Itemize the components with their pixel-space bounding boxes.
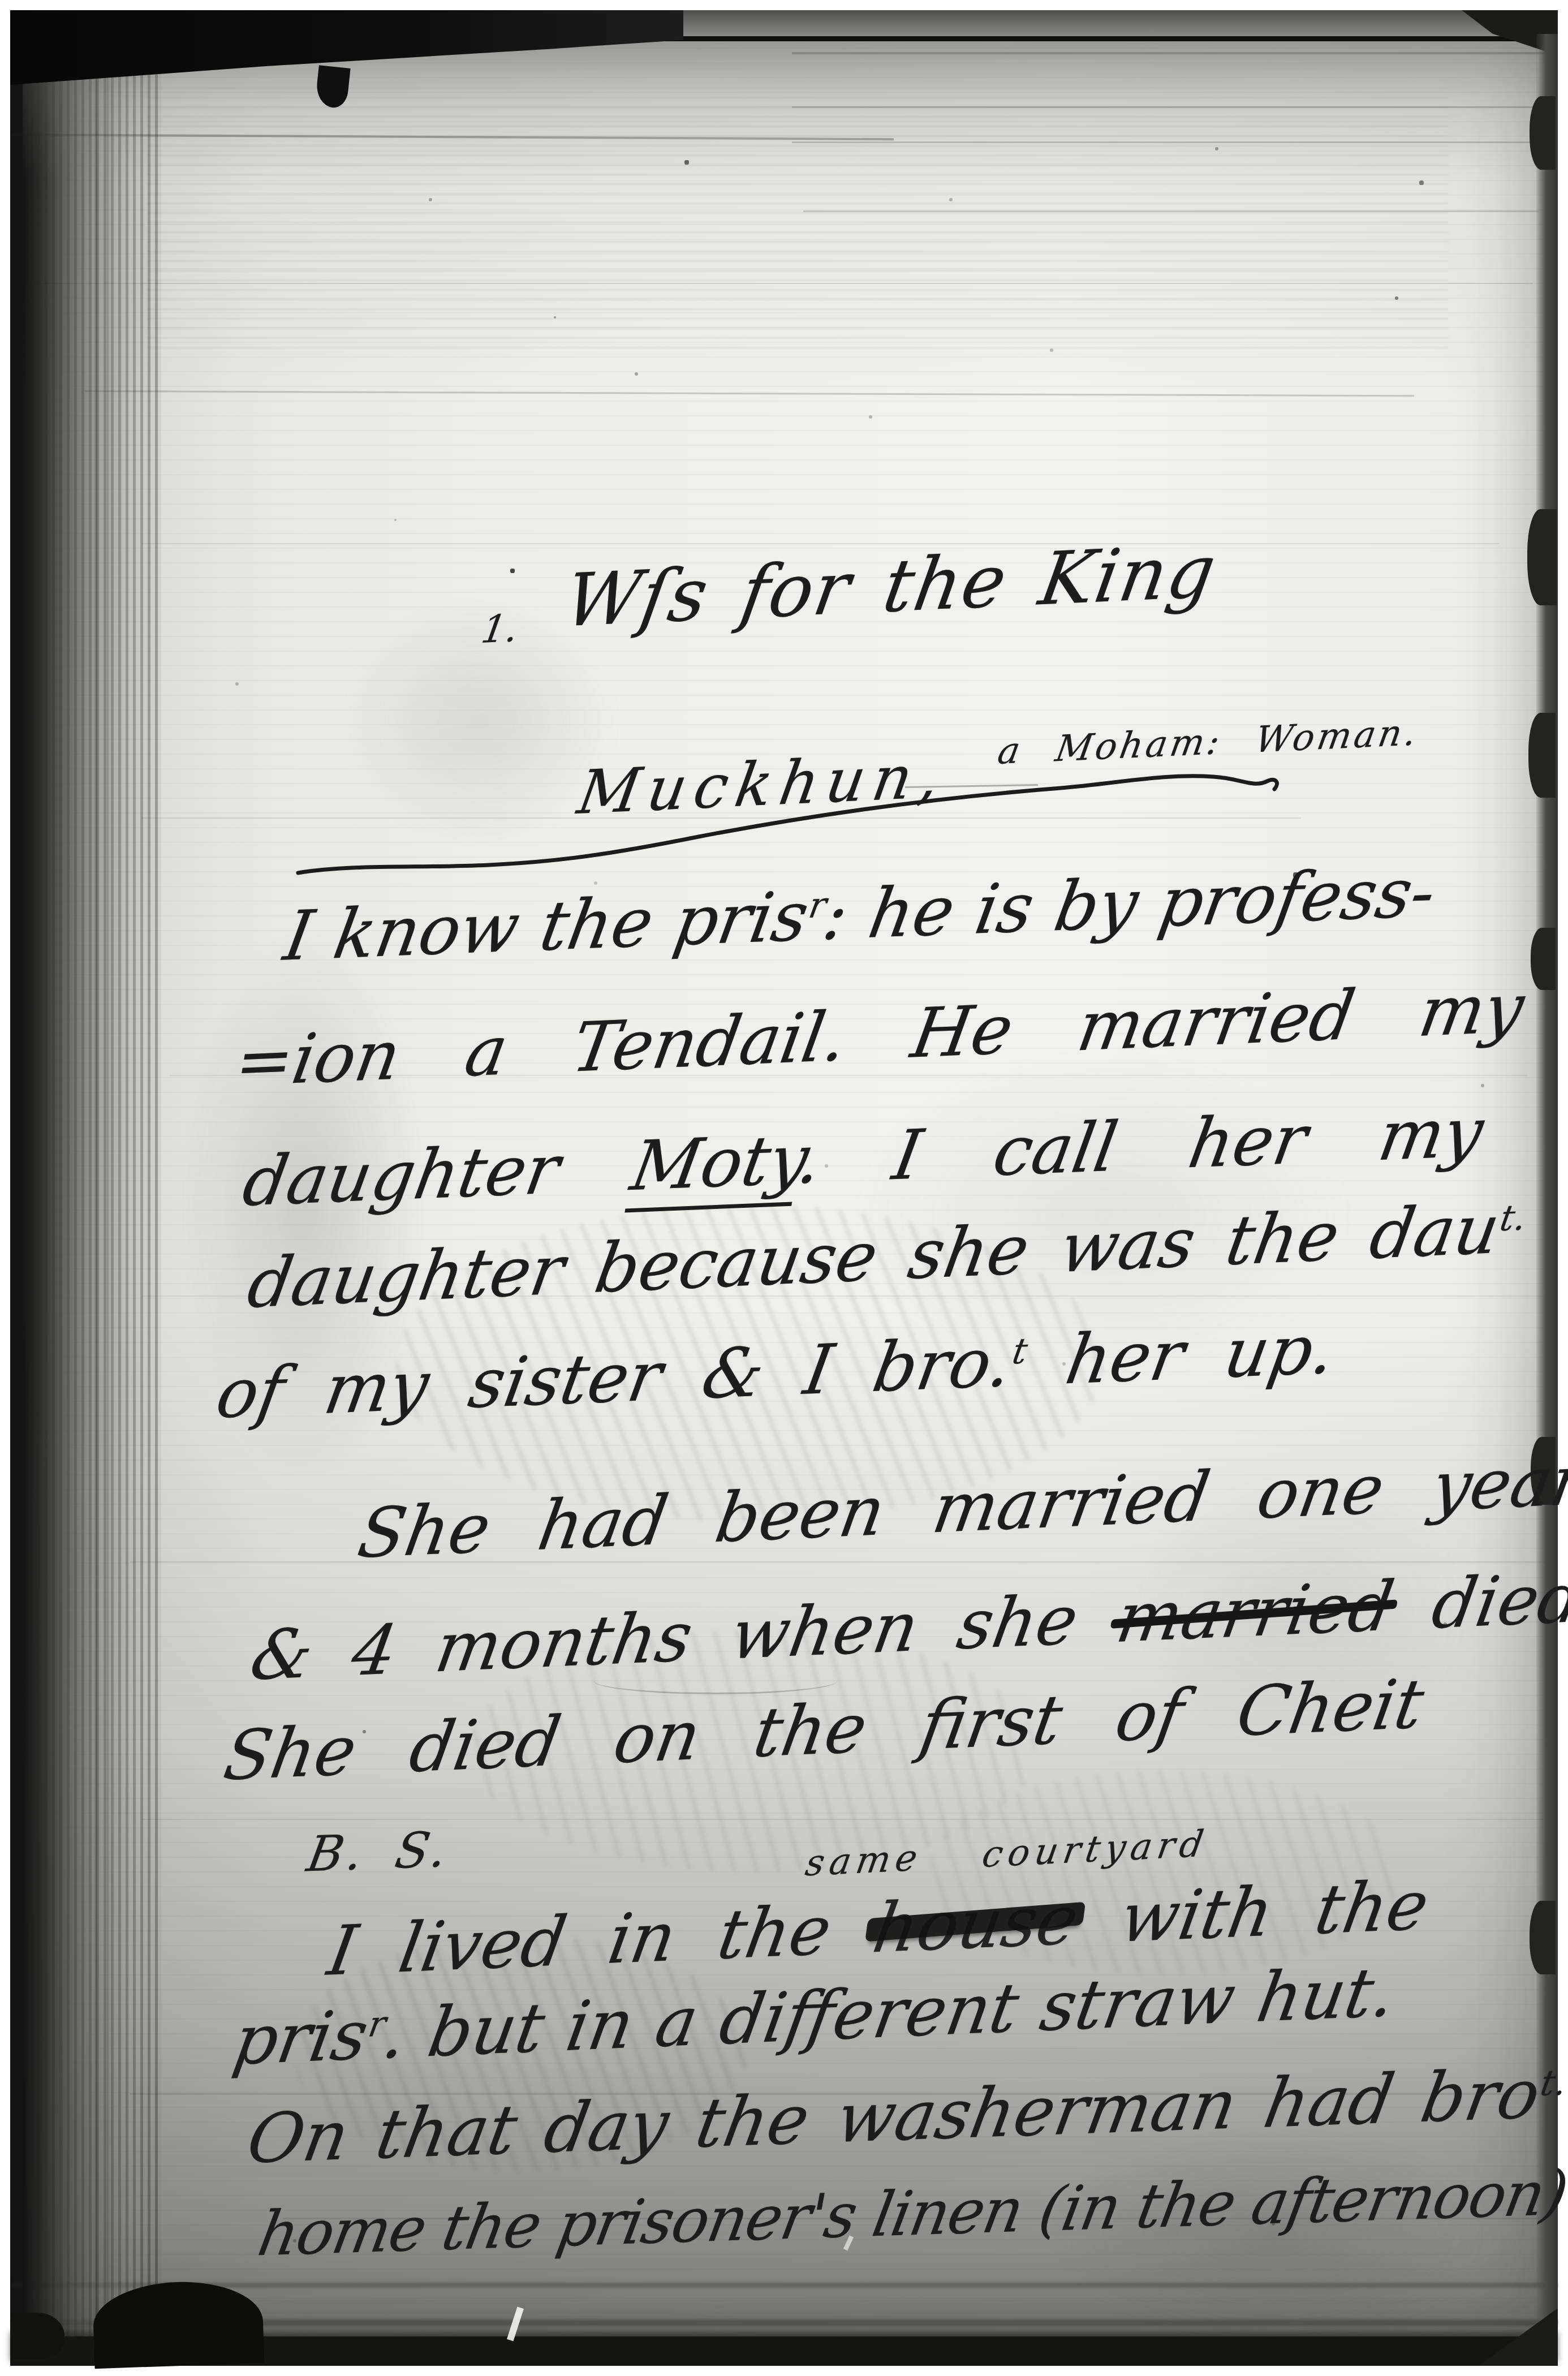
ink-speck-field [0,0,1,1]
edge-blot [1528,713,1556,798]
page-fold-line [107,33,109,2349]
segment-strike-heavy: house [868,1880,1084,1968]
scanner-streak [141,1819,1544,1820]
text-segment: her up. [1019,1310,1341,1402]
segment-underline: Moty [624,1121,806,1213]
edge-blot [1527,509,1557,605]
text-segment: died. [1386,1558,1568,1646]
scanner-streak [803,210,1539,212]
page-right-edge-strip [1536,34,1558,2350]
text-segment: daughter [238,1127,639,1222]
bottom-left-blot [10,2313,64,2359]
scanner-streak [34,283,1533,284]
manuscript-scan-page: 1.Wſs for the King Muckhun,a Moham: Woma… [0,0,1568,2376]
text-segment: with the [1071,1866,1435,1960]
text-segment: pris [228,1996,374,2081]
scanner-streak [11,2283,1558,2288]
page-fold-line [95,33,97,2349]
segment-strike: married [1111,1567,1399,1658]
edge-blot [1530,1901,1556,1974]
text-segment: B. S. [303,1821,455,1883]
edge-blot [1530,96,1556,170]
edge-blot [1531,928,1556,990]
binding-gutter-shadow [23,33,161,2349]
scanner-streak [130,1561,1556,1563]
scanner-streak [141,543,1499,544]
manuscript-line-9: B. S. [304,1825,454,1879]
witness-number: 1. [479,606,522,652]
